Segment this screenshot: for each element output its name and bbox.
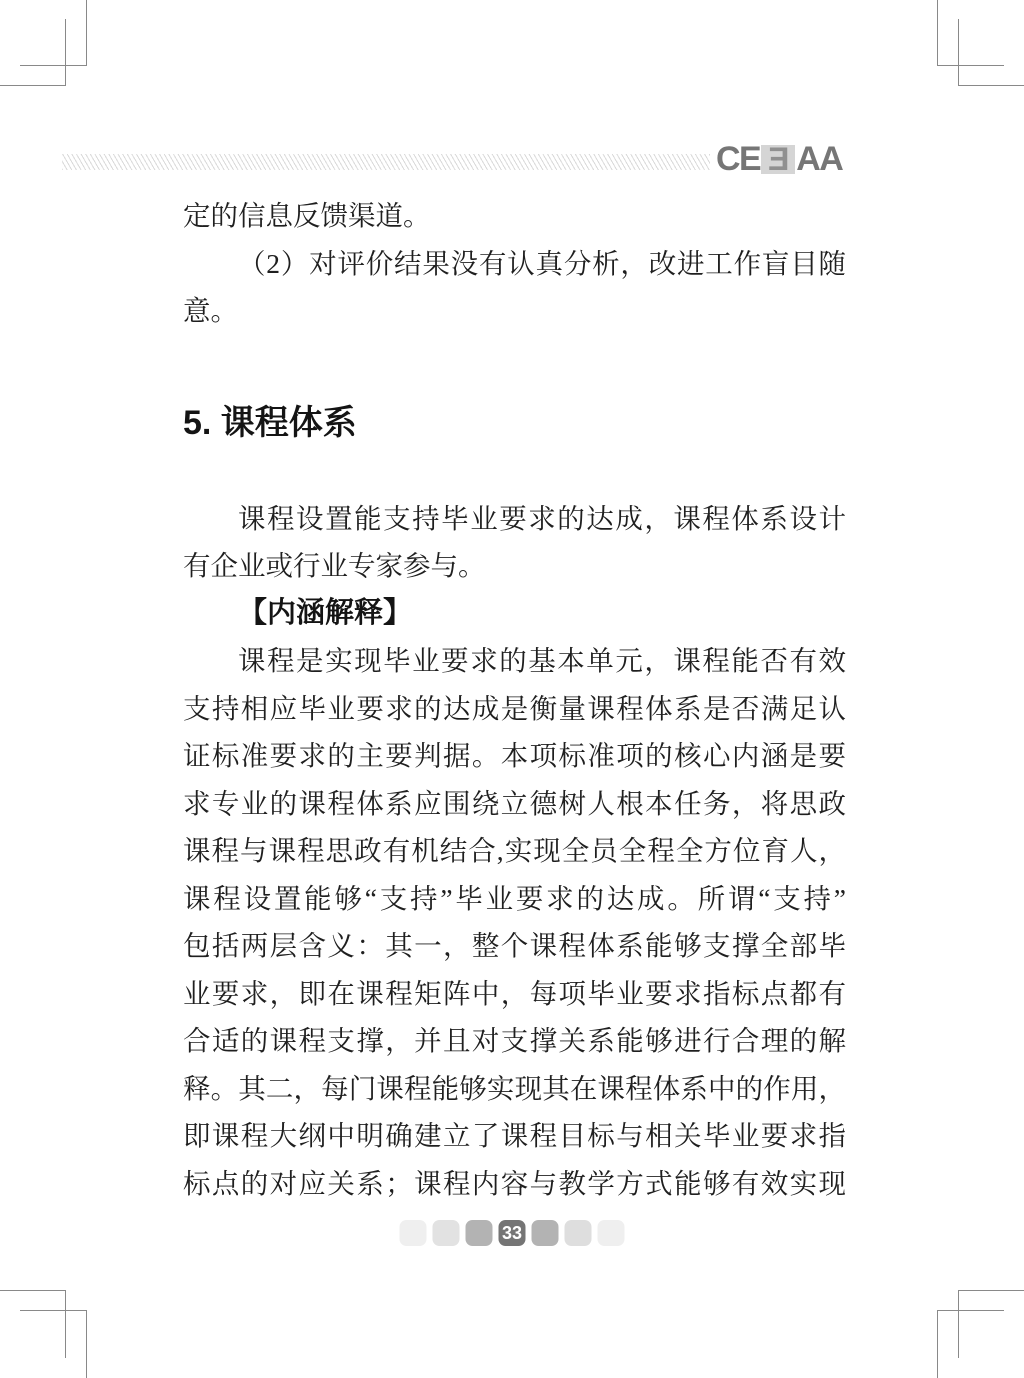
page-number-badge: 33 [499,1220,526,1246]
logo-text-ce: CE [716,141,760,177]
body-text-line: 课程设置能支持毕业要求的达成，课程体系设计 [183,495,846,543]
body-text-line: 意。 [183,287,846,335]
body-text-line: （2）对评价结果没有认真分析，改进工作盲目随 [183,240,846,288]
inline-subheading: 【内涵解释】 [183,590,846,638]
body-text-line: 求专业的课程体系应围绕立德树人根本任务，将思政 [183,780,846,828]
page-indicator-square [400,1220,427,1246]
header-rule-hatch [62,154,710,170]
body-text-line: 证标准要求的主要判据。本项标准项的核心内涵是要 [183,732,846,780]
page-indicator: 33 [400,1220,625,1246]
body-text-line: 支持相应毕业要求的达成是衡量课程体系是否满足认 [183,685,846,733]
page-indicator-square [466,1220,493,1246]
body-text-line: 业要求，即在课程矩阵中，每项毕业要求指标点都有 [183,970,846,1018]
body-text-line: 标点的对应关系；课程内容与教学方式能够有效实现 [183,1160,846,1208]
body-text-line: 合适的课程支撑，并且对支撑关系能够进行合理的解 [183,1017,846,1065]
body-text-line: 即课程大纲中明确建立了课程目标与相关毕业要求指 [183,1112,846,1160]
crop-mark-bottom-left-inner [0,1290,66,1358]
ceeaa-logo: CE E AA [716,141,842,177]
body-text-line: 释。其二，每门课程能够实现其在课程体系中的作用， [183,1065,846,1113]
logo-reversed-e: E [768,145,789,174]
page-indicator-square [433,1220,460,1246]
body-text-line: 包括两层含义：其一，整个课程体系能够支撑全部毕 [183,922,846,970]
logo-reversed-e-box: E [761,145,795,174]
section-heading: 5. 课程体系 [183,398,846,448]
page-indicator-square [565,1220,592,1246]
body-text-line: 有企业或行业专家参与。 [183,542,846,590]
crop-mark-top-left-inner [0,19,66,86]
logo-text-aa: AA [796,141,842,177]
page-indicator-square [532,1220,559,1246]
body-text-line: 定的信息反馈渠道。 [183,192,846,240]
text-column: 定的信息反馈渠道。（2）对评价结果没有认真分析，改进工作盲目随意。5. 课程体系… [183,192,846,1207]
body-text-line: 课程设置能够“支持”毕业要求的达成。所谓“支持” [183,875,846,923]
crop-mark-bottom-right-inner [958,1290,1024,1358]
crop-mark-top-right-inner [958,19,1024,86]
body-text-line: 课程是实现毕业要求的基本单元，课程能否有效 [183,637,846,685]
page-indicator-square [598,1220,625,1246]
body-text-line: 课程与课程思政有机结合,实现全员全程全方位育人， [183,827,846,875]
